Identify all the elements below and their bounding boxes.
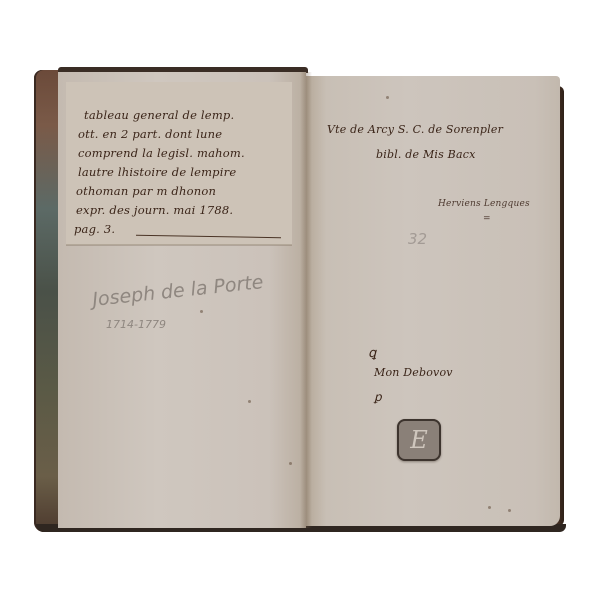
slip-line: expr. des journ. mai 1788. [76, 201, 245, 220]
slip-line: comprend la legisl. mahom. [78, 144, 245, 163]
provenance-line-1: Vte de Arcy S. C. de Sorenpler [327, 123, 503, 136]
open-book: 0 tableau general de lemp. ott. en 2 par… [0, 0, 600, 600]
pencil-author-dates: 1714-1779 [106, 318, 166, 331]
slip-line: othoman par m dhonon [76, 182, 245, 201]
owner-signature: Mon Debovov [374, 366, 453, 379]
provenance-line-2: bibl. de Mis Bacx [376, 148, 476, 161]
slip-line: lautre lhistoire de lempire [78, 163, 245, 182]
flourish-mark-top: ꝗ [368, 346, 376, 361]
provenance-note-mark: = [483, 214, 491, 224]
slip-line: tableau general de lemp. [84, 106, 245, 125]
foxing-spot [289, 462, 292, 465]
foxing-spot [200, 310, 203, 313]
slip-inscription: tableau general de lemp. ott. en 2 part.… [84, 106, 245, 239]
foxing-spot [386, 96, 389, 99]
foxing-spot [248, 400, 251, 403]
blind-stamp-monogram: E [397, 419, 441, 461]
pencil-number: 32 [408, 230, 427, 248]
foxing-spot [488, 506, 491, 509]
flourish-mark-bottom: ꝑ [374, 390, 382, 404]
foxing-spot [508, 509, 511, 512]
book-gutter [300, 72, 312, 528]
provenance-note: Herviens Lengques [438, 199, 530, 209]
stamp-monogram-letter: E [410, 426, 428, 454]
slip-line: ott. en 2 part. dont lune [78, 125, 245, 144]
